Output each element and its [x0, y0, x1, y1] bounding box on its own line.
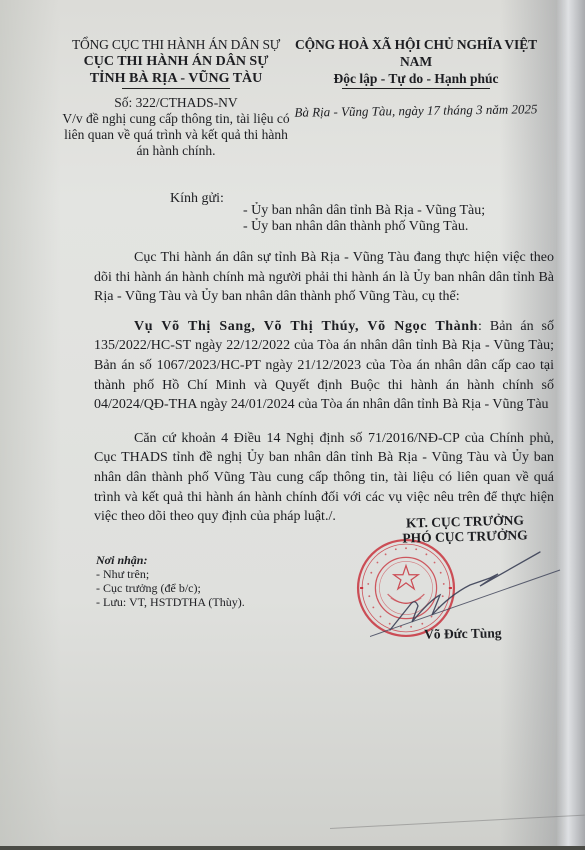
agency-name-line1: CỤC THI HÀNH ÁN DÂN SỰ: [56, 53, 296, 70]
case-title: Vụ Võ Thị Sang, Võ Thị Thúy, Võ Ngọc Thà…: [134, 319, 478, 334]
addressee-list: - Ủy ban nhân dân tỉnh Bà Rịa - Vũng Tàu…: [243, 203, 485, 235]
table-edge: [0, 846, 585, 850]
body-paragraph-intro: Cục Thi hành án dân sự tỉnh Bà Rịa - Vũn…: [94, 248, 554, 307]
distribution-title: Nơi nhận:: [96, 553, 245, 567]
agency-underline: [122, 88, 230, 89]
issuing-agency-header: TỔNG CỤC THI HÀNH ÁN DÂN SỰ CỤC THI HÀNH…: [56, 36, 296, 159]
document-subject: V/v đề nghị cung cấp thông tin, tài liệu…: [56, 111, 296, 159]
national-motto: Độc lập - Tự do - Hạnh phúc: [286, 70, 546, 87]
agency-name-line2: TỈNH BÀ RỊA - VŨNG TÀU: [56, 70, 296, 87]
body-paragraph-request: Căn cứ khoản 4 Điều 14 Nghị định số 71/2…: [94, 429, 554, 527]
document-body: Cục Thi hành án dân sự tỉnh Bà Rịa - Vũn…: [94, 248, 554, 537]
signer-name: Võ Đức Tùng: [424, 625, 502, 642]
addressee-item: - Ủy ban nhân dân thành phố Vũng Tàu.: [243, 219, 485, 235]
distribution-item: - Cục trưởng (để b/c);: [96, 581, 245, 595]
place-and-date: Bà Rịa - Vũng Tàu, ngày 17 tháng 3 năm 2…: [286, 101, 546, 121]
body-paragraph-case: Vụ Võ Thị Sang, Võ Thị Thúy, Võ Ngọc Thà…: [94, 317, 554, 415]
national-title: CỘNG HOÀ XÃ HỘI CHỦ NGHĨA VIỆT NAM: [286, 36, 546, 70]
motto-underline: [342, 88, 490, 89]
parent-agency: TỔNG CỤC THI HÀNH ÁN DÂN SỰ: [56, 36, 296, 53]
distribution-list: Nơi nhận: - Như trên; - Cục trưởng (để b…: [96, 553, 245, 609]
distribution-item: - Như trên;: [96, 567, 245, 581]
national-header: CỘNG HOÀ XÃ HỘI CHỦ NGHĨA VIỆT NAM Độc l…: [286, 36, 546, 119]
paper-curl-edge: [557, 0, 585, 846]
distribution-item: - Lưu: VT, HSTDTHA (Thùy).: [96, 595, 245, 609]
greeting-label: Kính gửi:: [170, 191, 224, 207]
addressee-item: - Ủy ban nhân dân tỉnh Bà Rịa - Vũng Tàu…: [243, 203, 485, 219]
document-number: Số: 322/CTHADS-NV: [56, 94, 296, 111]
